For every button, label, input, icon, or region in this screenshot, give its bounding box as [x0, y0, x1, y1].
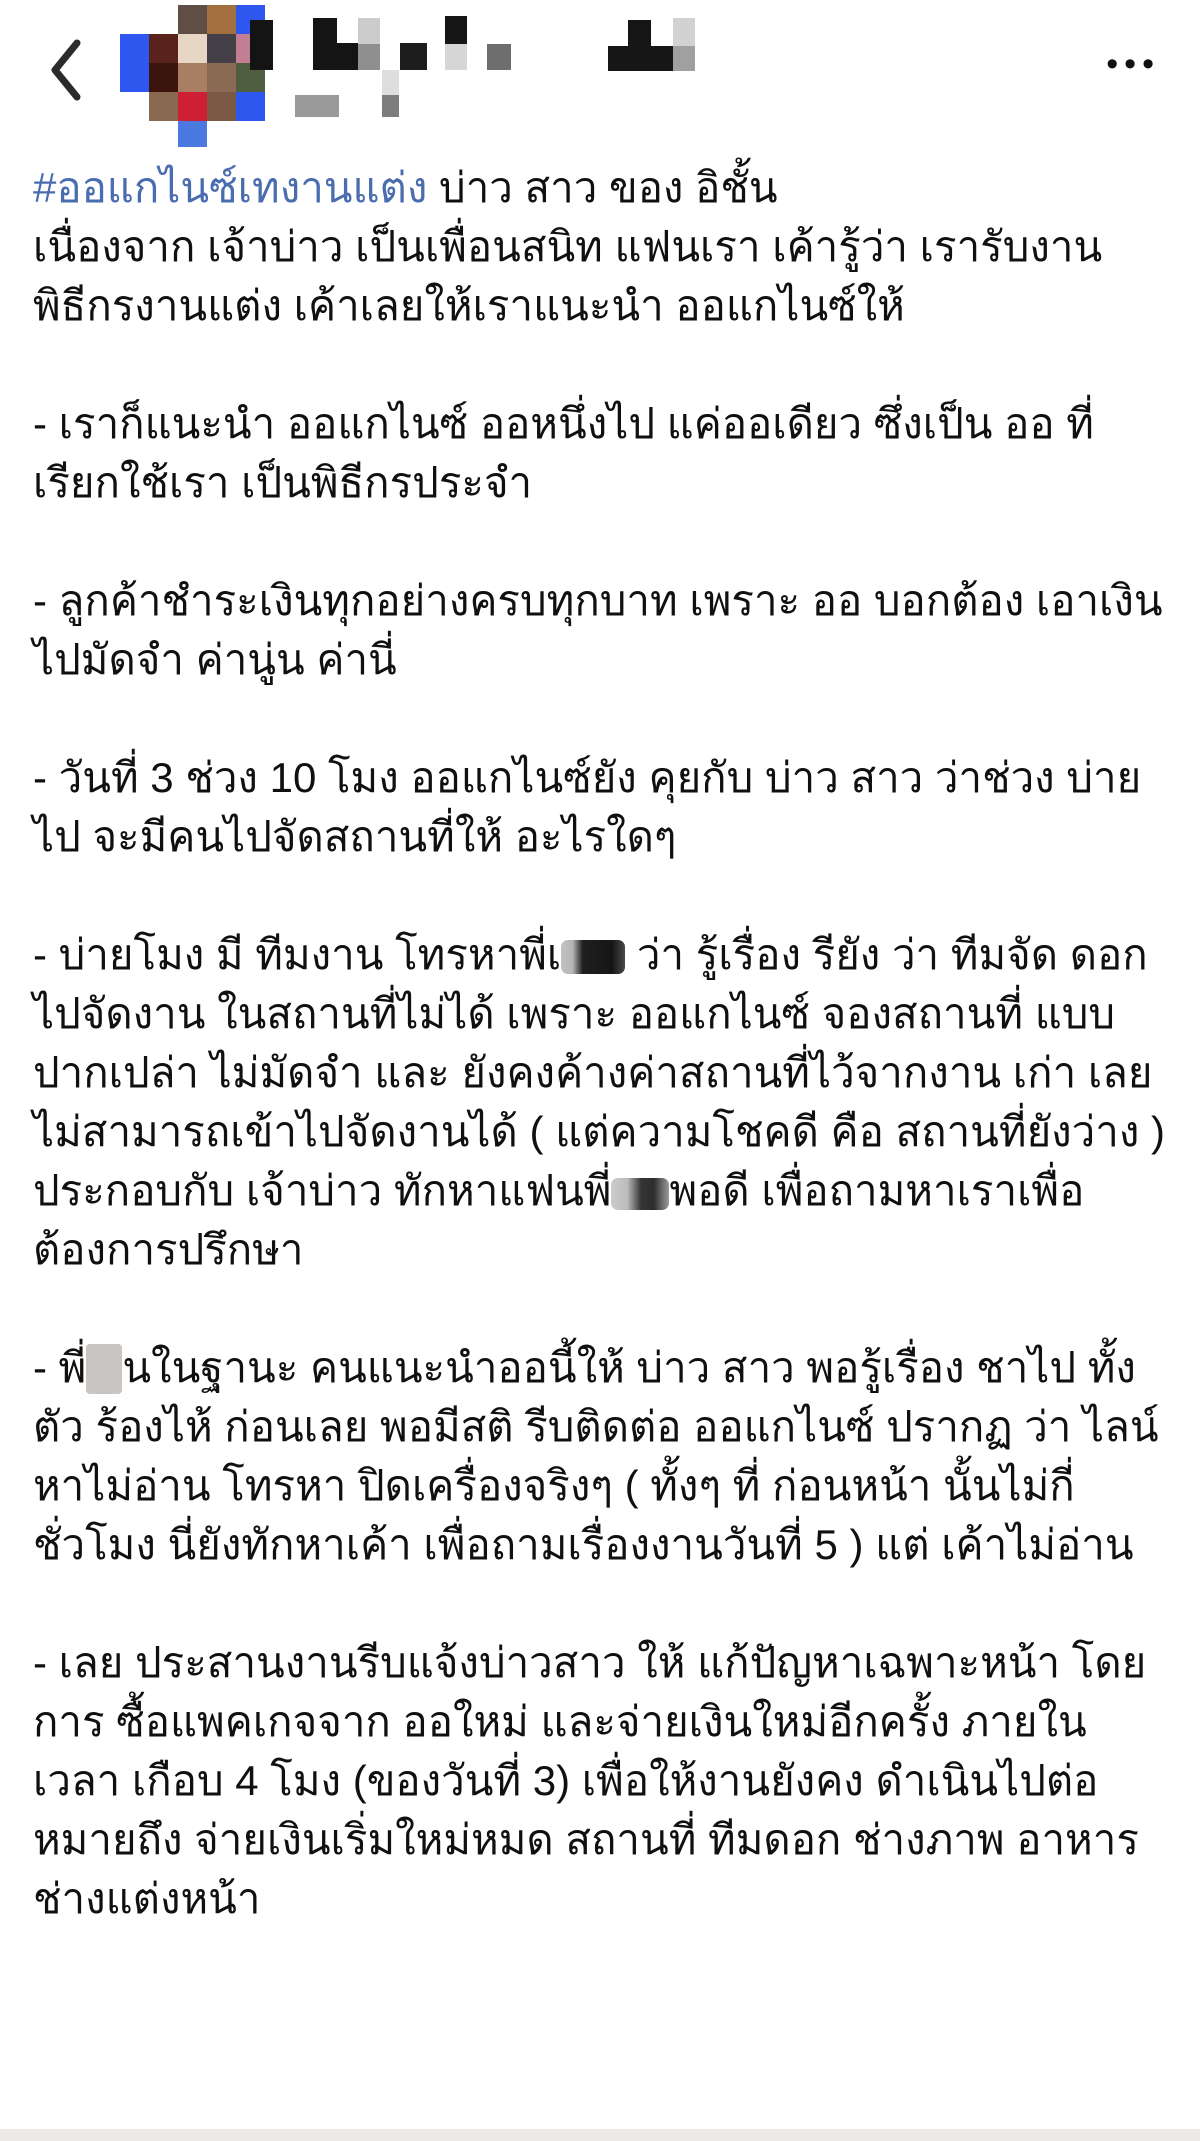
text-run: นในฐานะ คนแนะนำออนี้ให้ บ่าว สาว พอรู้เร… [33, 1344, 1159, 1568]
censored-name-inline [86, 1344, 122, 1394]
mosaic-block [400, 43, 427, 70]
mosaic-block [236, 63, 265, 92]
post-paragraph: - เราก็แนะนำ ออแกไนซ์ ออหนึ่งไป แค่ออเดี… [33, 394, 1172, 512]
mosaic-block [120, 63, 149, 92]
mosaic-block [149, 34, 178, 63]
mosaic-block [149, 92, 178, 121]
hashtag-link[interactable]: #ออแกไนซ์เทงานแต่ง [33, 164, 427, 211]
mosaic-block [207, 92, 236, 121]
text-run: - วันที่ 3 ช่วง 10 โมง ออแกไนซ์ยัง คุยกั… [33, 754, 1141, 860]
mosaic-block [178, 5, 207, 34]
text-run: บ่าว สาว ของ อิชั้น [427, 164, 777, 211]
post-paragraph: - เลย ประสานงานรีบแจ้งบ่าวสาว ให้ แก้ปัญ… [33, 1633, 1172, 1928]
mosaic-block [487, 44, 511, 70]
mosaic-block [628, 20, 651, 46]
post-paragraph: - บ่ายโมง มี ทีมงาน โทรหาพี่เ ว่า รู้เรื… [33, 925, 1172, 1279]
back-button[interactable] [44, 36, 90, 106]
censored-avatar [0, 0, 1200, 152]
mosaic-block [236, 92, 265, 121]
censored-name-inline [561, 940, 625, 974]
mosaic-block [382, 70, 399, 95]
bottom-divider [0, 2129, 1200, 2141]
mosaic-block [149, 63, 178, 92]
text-run: เนื่องจาก เจ้าบ่าว เป็นเพื่อนสนิท แฟนเรา… [33, 223, 1102, 329]
mosaic-block [207, 34, 236, 63]
ellipsis-icon: ••• [1106, 45, 1160, 83]
post-header: ••• [0, 0, 1200, 152]
mosaic-block [178, 34, 207, 63]
mosaic-block [207, 63, 236, 92]
mosaic-block [673, 18, 695, 46]
mosaic-block [178, 92, 207, 121]
mosaic-block [358, 18, 380, 44]
mosaic-block [445, 44, 467, 70]
text-run: - เราก็แนะนำ ออแกไนซ์ ออหนึ่งไป แค่ออเดี… [33, 400, 1094, 506]
post-text: #ออแกไนซ์เทงานแต่ง บ่าว สาว ของ อิชั้นเน… [0, 152, 1200, 1928]
censored-name-inline [611, 1178, 669, 1210]
text-run: - บ่ายโมง มี ทีมงาน โทรหาพี่เ [33, 931, 561, 978]
mosaic-block [178, 63, 207, 92]
mosaic-block [673, 46, 695, 71]
mosaic-block [313, 43, 359, 70]
text-run: - พี่ [33, 1344, 86, 1391]
mosaic-block [295, 95, 339, 117]
mosaic-block [445, 16, 467, 44]
text-run: - ลูกค้าชำระเงินทุกอย่างครบทุกบาท เพราะ … [33, 577, 1163, 683]
mosaic-block [608, 46, 674, 71]
more-options-button[interactable]: ••• [1100, 36, 1166, 92]
mosaic-block [382, 95, 399, 117]
mosaic-block [236, 5, 265, 34]
mosaic-block [236, 34, 265, 63]
mosaic-block [120, 34, 149, 63]
post-paragraph: - ลูกค้าชำระเงินทุกอย่างครบทุกบาท เพราะ … [33, 571, 1172, 689]
mosaic-block [313, 18, 337, 70]
censored-profile-name [0, 0, 1200, 152]
post-paragraph: - พี่นในฐานะ คนแนะนำออนี้ให้ บ่าว สาว พอ… [33, 1338, 1172, 1574]
chevron-left-icon [47, 91, 87, 106]
mosaic-block [250, 20, 273, 70]
mosaic-block [178, 121, 207, 147]
post-paragraph: #ออแกไนซ์เทงานแต่ง บ่าว สาว ของ อิชั้นเน… [33, 158, 1172, 335]
text-run: - เลย ประสานงานรีบแจ้งบ่าวสาว ให้ แก้ปัญ… [33, 1639, 1146, 1922]
mosaic-block [358, 44, 380, 70]
post-paragraph: - วันที่ 3 ช่วง 10 โมง ออแกไนซ์ยัง คุยกั… [33, 748, 1172, 866]
mosaic-block [207, 5, 236, 34]
